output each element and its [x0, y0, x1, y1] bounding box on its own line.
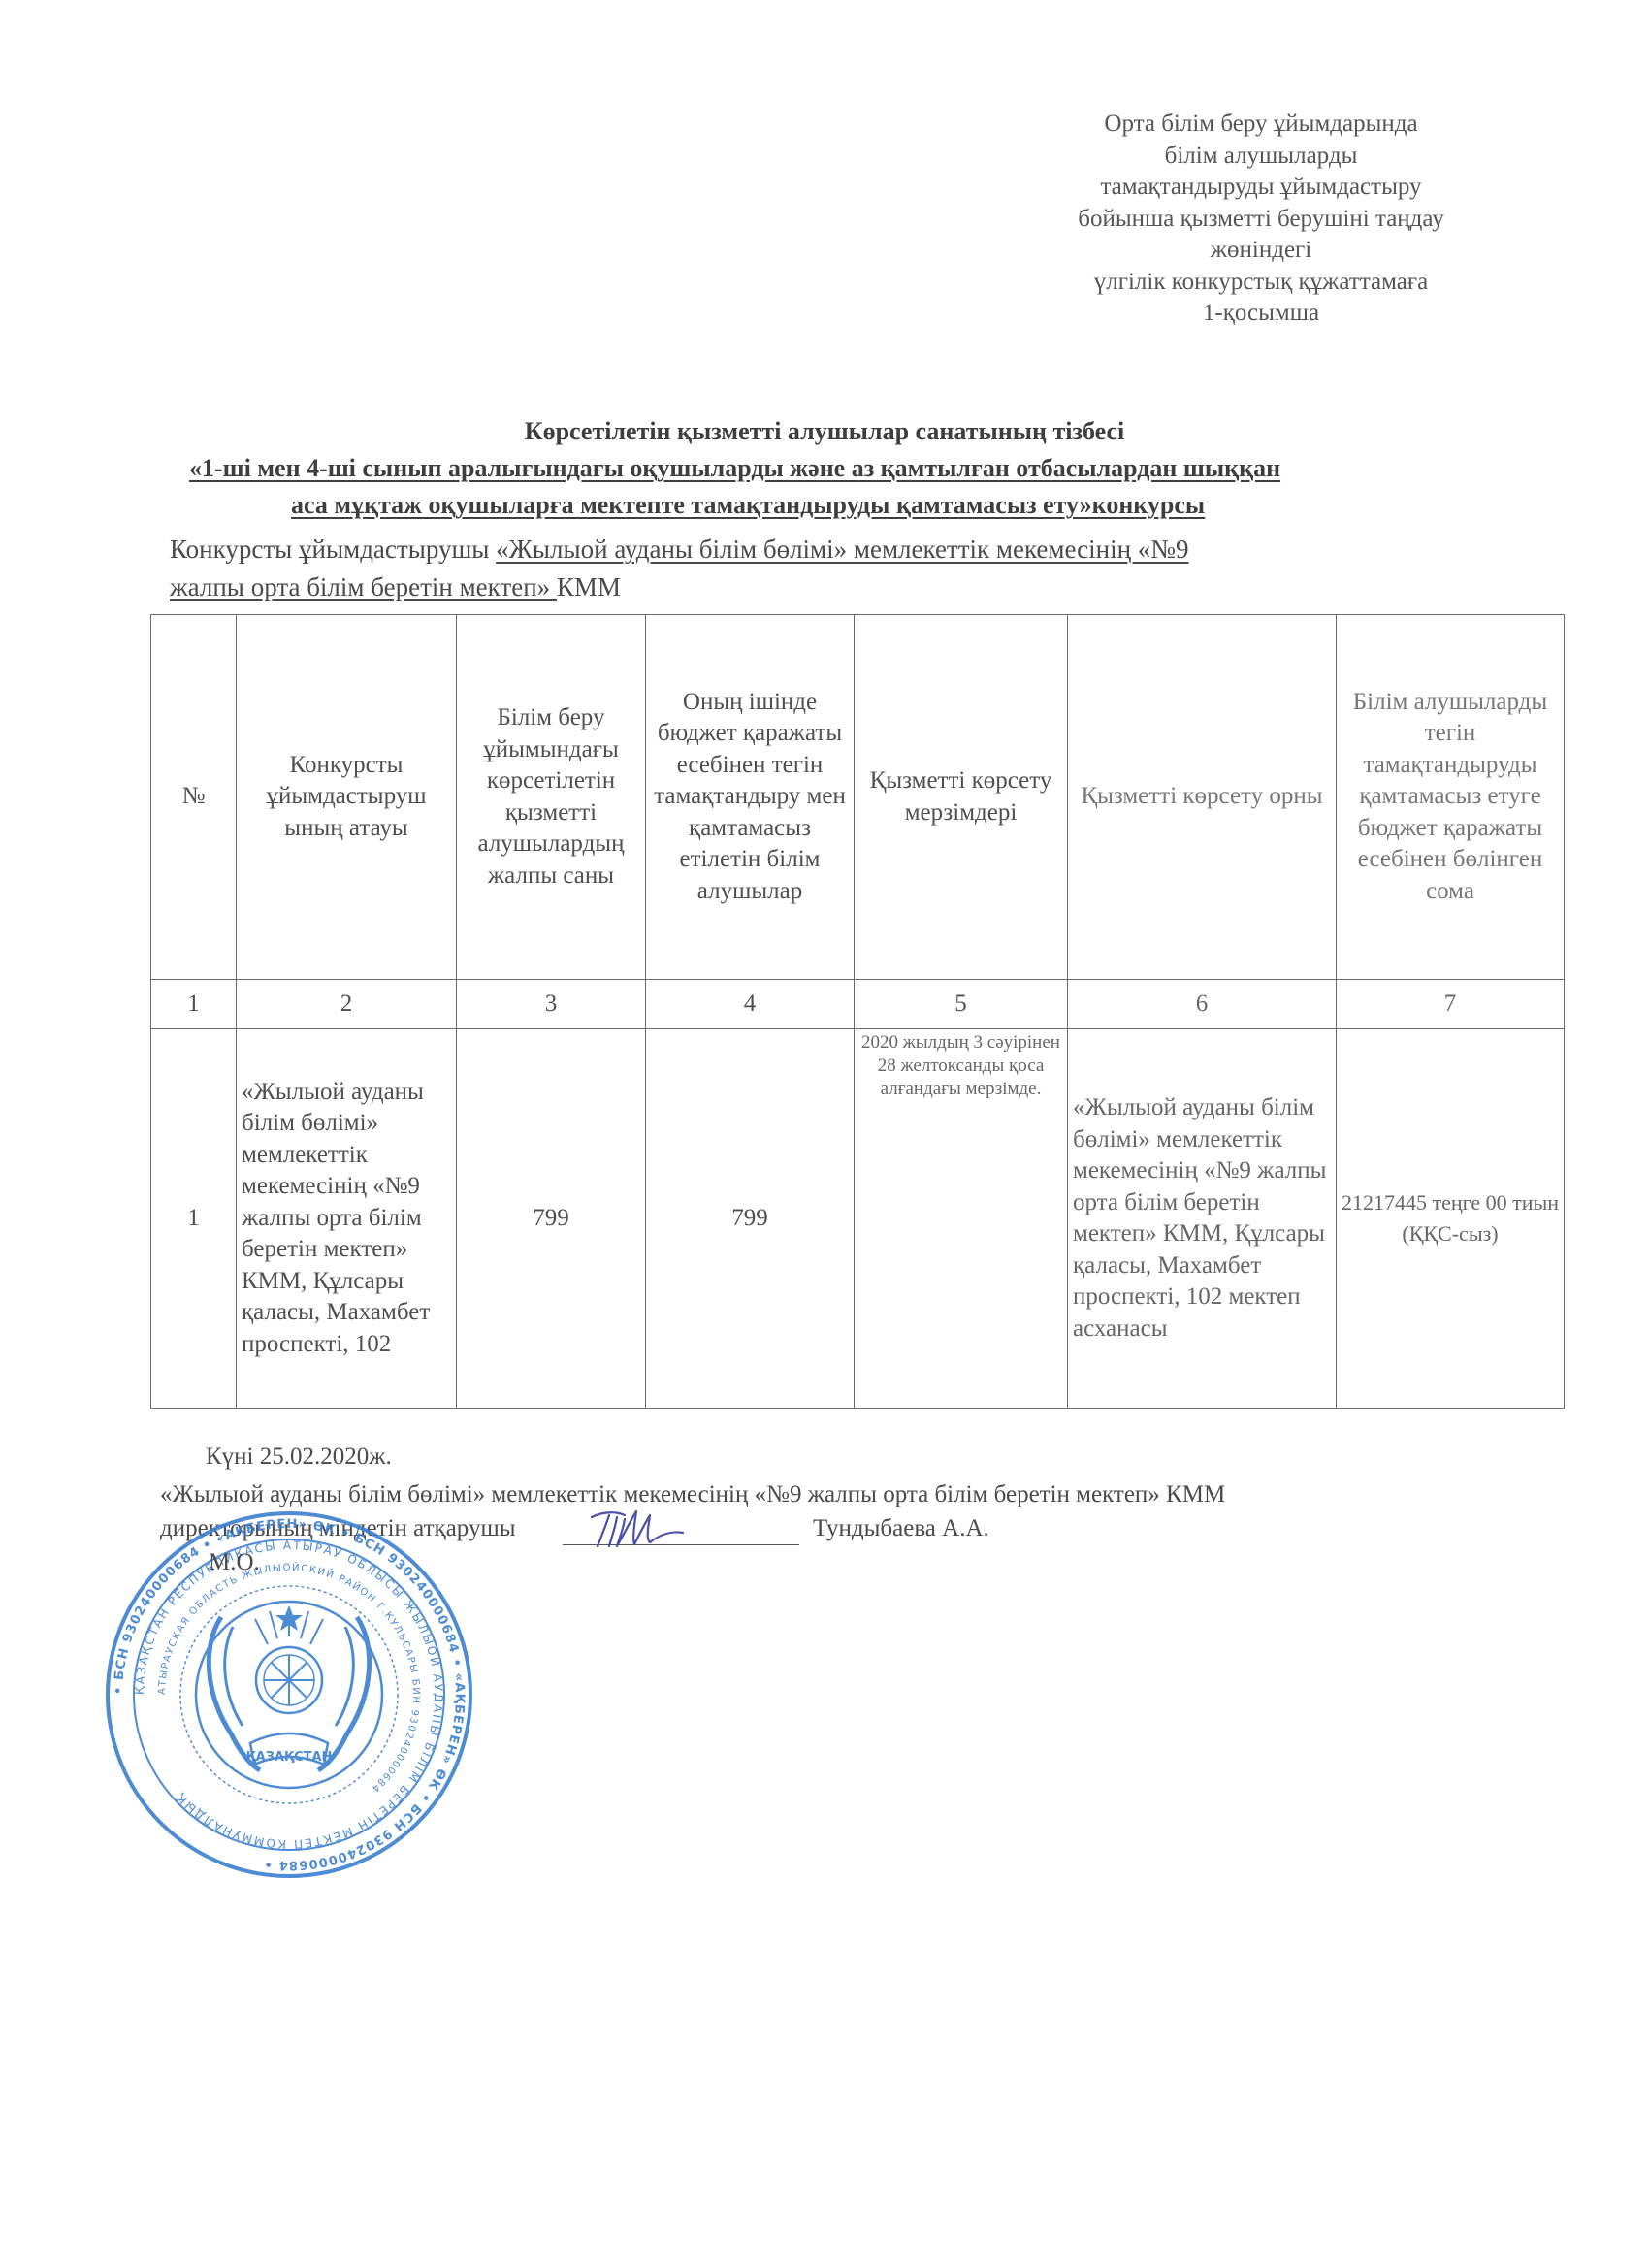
organizer-label: Конкурсты ұйымдастырушы — [170, 535, 496, 564]
column-number: 2 — [237, 980, 457, 1029]
cell-free-meal-recipients: 799 — [646, 1029, 855, 1409]
header-service-period: Қызметті көрсету мерзімдері — [855, 615, 1068, 980]
header-allocated-amount: Білім алушыларды тегін тамақтандыруды қа… — [1337, 615, 1565, 980]
column-number: 6 — [1068, 980, 1337, 1029]
signer-organization: «Жылыой ауданы білім бөлімі» мемлекеттік… — [160, 1481, 1225, 1508]
appendix-line: жөніндегі — [989, 235, 1533, 267]
header-organizer-name: Конкурсты ұйымдастыруш ының атауы — [237, 615, 457, 980]
appendix-line: үлгілік конкурстық құжаттамаға — [989, 267, 1533, 299]
organizer-line: Конкурсты ұйымдастырушы «Жылыой ауданы б… — [170, 532, 1189, 567]
signer-name: Тундыбаева А.А. — [813, 1515, 989, 1542]
cell-total-recipients: 799 — [457, 1029, 646, 1409]
table-row: 1 «Жылыой ауданы білім бөлімі» мемлекетт… — [151, 1029, 1565, 1409]
column-number: 1 — [151, 980, 237, 1029]
appendix-line: 1-қосымша — [989, 298, 1533, 330]
column-number-row: 1 2 3 4 5 6 7 — [151, 980, 1565, 1029]
document-title: Көрсетілетін қызметті алушылар санатының… — [0, 417, 1649, 446]
column-number: 7 — [1337, 980, 1565, 1029]
cell-number: 1 — [151, 1029, 237, 1409]
recipients-table: № Конкурсты ұйымдастыруш ының атауы Білі… — [150, 614, 1565, 1409]
svg-text:ҚАЗАҚСТАН: ҚАЗАҚСТАН — [246, 1750, 333, 1765]
contest-name-line-1: «1-ші мен 4-ші сынып аралығындағы оқушыл… — [189, 454, 1280, 483]
header-number: № — [151, 615, 237, 980]
organizer-suffix: КММ — [557, 572, 621, 601]
appendix-line: білім алушыларды — [989, 141, 1533, 173]
header-free-meal-recipients: Оның ішінде бюджет қаражаты есебінен тег… — [646, 615, 855, 980]
column-number: 4 — [646, 980, 855, 1029]
header-service-place: Қызметті көрсету орны — [1068, 615, 1337, 980]
column-number: 3 — [457, 980, 646, 1029]
header-total-recipients: Білім беру ұйымындағы көрсетілетін қызме… — [457, 615, 646, 980]
document-date: Күні 25.02.2020ж. — [206, 1443, 392, 1471]
column-number: 5 — [855, 980, 1068, 1029]
organizer-name-continued: жалпы орта білім беретін мектеп» — [170, 572, 557, 601]
appendix-line: Орта білім беру ұйымдарында — [989, 109, 1533, 141]
official-seal-icon: • БСН 930240000684 • «АҚБЕРЕН» ӨК • БСН … — [105, 1510, 473, 1879]
organizer-name: «Жылыой ауданы білім бөлімі» мемлекеттік… — [496, 535, 1188, 564]
cell-allocated-amount: 21217445 теңге 00 тиын (ҚҚС-сыз) — [1337, 1029, 1565, 1409]
handwritten-signature-icon — [582, 1504, 689, 1552]
organizer-line-continued: жалпы орта білім беретін мектеп» КММ — [170, 569, 621, 604]
table-header-row: № Конкурсты ұйымдастыруш ының атауы Білі… — [151, 615, 1565, 980]
appendix-line: тамақтандыруды ұйымдастыру — [989, 172, 1533, 204]
appendix-line: бойынша қызметті берушіні таңдау — [989, 204, 1533, 236]
cell-organizer-name: «Жылыой ауданы білім бөлімі» мемлекеттік… — [237, 1029, 457, 1409]
seal-mark-label: М.О. — [209, 1549, 260, 1576]
contest-name-line-2: аса мұқтаж оқушыларға мектепте тамақтанд… — [291, 491, 1205, 520]
cell-service-place: «Жылыой ауданы білім бөлімі» мемлекеттік… — [1068, 1029, 1337, 1409]
cell-service-period: 2020 жылдың 3 сәуірінен 28 желтоксанды қ… — [855, 1029, 1068, 1409]
appendix-note: Орта білім беру ұйымдарында білім алушыл… — [989, 109, 1533, 330]
